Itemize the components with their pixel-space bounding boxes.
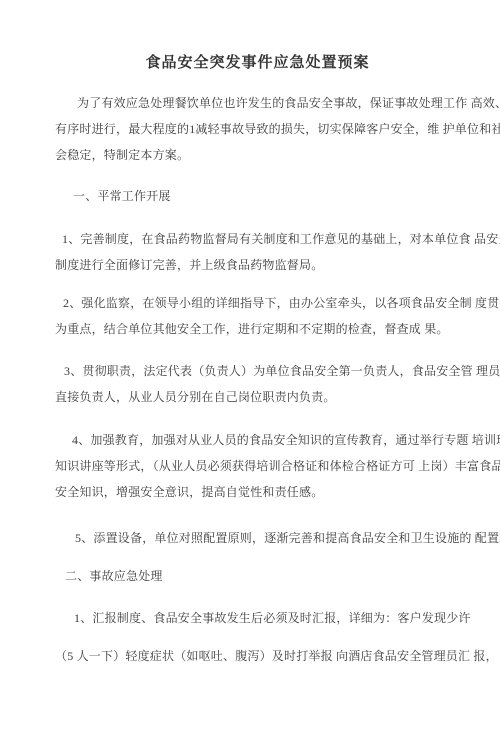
section1-item-3-line-2: 直接负责人，从业人员分别在自己岗位职责内负责。 [55,384,460,410]
section1-item-5-line-1: 5、添置设备，单位对照配置原则，逐渐完善和提高食品安全和卫生设施的 配置。 [55,525,460,551]
section1-item-2-line-2: 为重点，结合单位其他安全工作，进行定期和不定期的检查，督查成 果。 [55,316,460,342]
section1-item-3: 3、贯彻职责，法定代表（负责人）为单位食品安全第一负责人，食品安全管 理员为 直… [55,358,460,410]
document-title: 食品安全突发事件应急处置预案 [55,50,460,76]
section2-heading: 二、事故应急处理 [55,563,460,589]
intro-paragraph: 为了有效应急处理餐饮单位也许发生的食品安全事故，保证事故处理工作 高效、 有序时… [55,90,460,168]
intro-line-1: 为了有效应急处理餐饮单位也许发生的食品安全事故，保证事故处理工作 高效、 [55,90,460,116]
section1-item-4-line-2: 知识讲座等形式，（从业人员必须获得培训合格证和体检合格证方可 上岗）丰富食品 [55,453,460,479]
section2-item-1: 1、汇报制度、食品安全事故发生后必须及时汇报，详细为：客户发现少许 （5 人一下… [55,605,460,669]
section1-item-1: 1、完善制度，在食品药物监督局有关制度和工作意见的基础上，对本单位食 品安全 制… [55,226,460,278]
document-page: 食品安全突发事件应急处置预案 为了有效应急处理餐饮单位也许发生的食品安全事故，保… [0,0,500,747]
intro-line-2: 有序时进行，最大程度的1减轻事故导致的损失，切实保障客户安全，维 护单位和社 [55,116,460,142]
section1-heading: 一、平常工作开展 [55,183,460,209]
section1-item-4-line-1: 4、加强教育，加强对从业人员的食品安全知识的宣传教育，通过举行专题 培训班、 [55,427,460,453]
section1-item-1-line-2: 制度进行全面修订完善，并上级食品药物监督局。 [55,252,460,278]
section2-item-1-line-1: 1、汇报制度、食品安全事故发生后必须及时汇报，详细为：客户发现少许 [55,605,460,631]
section1-item-1-line-1: 1、完善制度，在食品药物监督局有关制度和工作意见的基础上，对本单位食 品安全 [55,226,460,252]
intro-line-3: 会稳定，特制定本方案。 [55,142,460,168]
section1-item-2-line-1: 2、强化监察，在领导小组的详细指导下，由办公室牵头，以各项食品安全制 度贯彻 [55,290,460,316]
section1-item-2: 2、强化监察，在领导小组的详细指导下，由办公室牵头，以各项食品安全制 度贯彻 为… [55,290,460,342]
section1-item-5: 5、添置设备，单位对照配置原则，逐渐完善和提高食品安全和卫生设施的 配置。 [55,525,460,551]
document-content: 食品安全突发事件应急处置预案 为了有效应急处理餐饮单位也许发生的食品安全事故，保… [0,0,500,669]
section1-item-4: 4、加强教育，加强对从业人员的食品安全知识的宣传教育，通过举行专题 培训班、 知… [55,427,460,505]
section1-item-4-line-3: 安全知识，增强安全意识，提高自觉性和责任感。 [55,479,460,505]
section1-item-3-line-1: 3、贯彻职责，法定代表（负责人）为单位食品安全第一负责人，食品安全管 理员为 [55,358,460,384]
section2-item-1-line-2: （5 人一下）轻度症状（如呕吐、腹泻）及时打举报 向酒店食品安全管理员汇 报， [55,643,460,669]
